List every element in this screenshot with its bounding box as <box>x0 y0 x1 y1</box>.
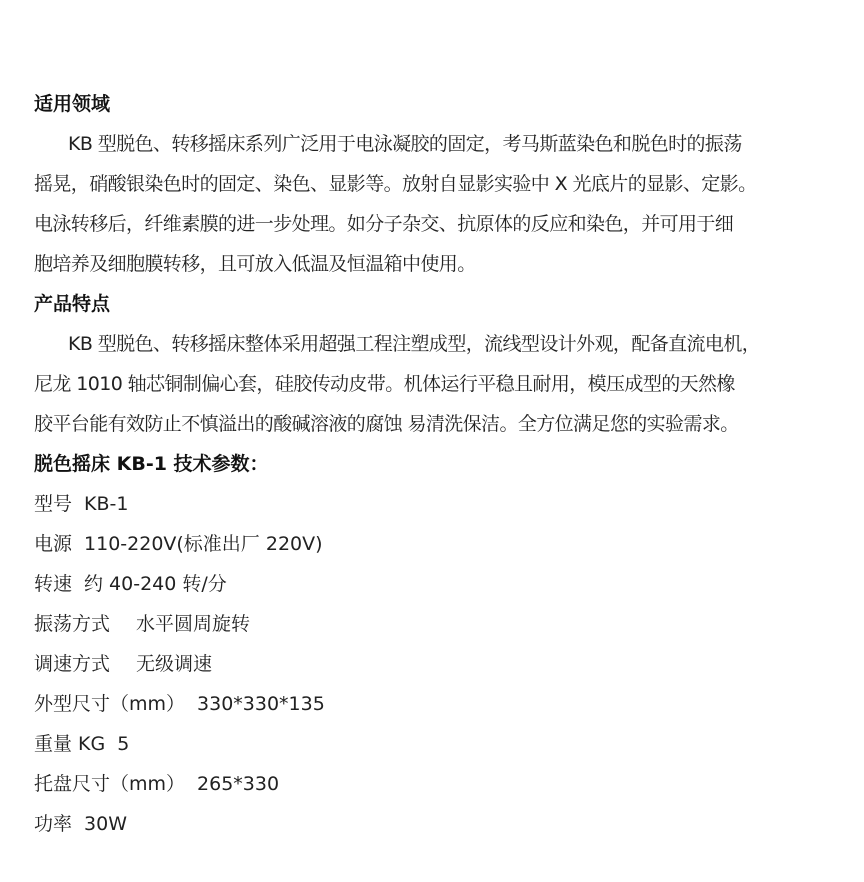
paragraph-line: 胶平台能有效防止不慎溢出的酸碱溶液的腐蚀 易清洗保洁。全方位满足您的实验需求。 <box>34 404 834 444</box>
spec-value: 无级调速 <box>136 644 212 684</box>
spec-list: 型号KB-1 电源110-220V(标准出厂 220V) 转速约 40-240 … <box>34 484 834 844</box>
spec-label: 型号 <box>34 484 72 524</box>
spec-label: 托盘尺寸（mm） <box>34 764 185 804</box>
section-heading-specs: 脱色摇床 KB-1 技术参数： <box>34 444 834 484</box>
spec-value: 水平圆周旋转 <box>136 604 250 644</box>
spec-row-speed-control: 调速方式无级调速 <box>34 644 834 684</box>
spec-label: 重量 KG <box>34 724 105 764</box>
spec-label: 功率 <box>34 804 72 844</box>
spec-value: 约 40-240 转/分 <box>84 564 227 604</box>
spec-value: KB-1 <box>84 484 128 524</box>
document-body: 适用领域 KB 型脱色、转移摇床系列广泛用于电泳凝胶的固定，考马斯蓝染色和脱色时… <box>34 84 834 844</box>
spec-value: 330*330*135 <box>197 684 325 724</box>
paragraph-line: 胞培养及细胞膜转移，且可放入低温及恒温箱中使用。 <box>34 244 834 284</box>
spec-row-tray-size: 托盘尺寸（mm）265*330 <box>34 764 834 804</box>
paragraph-line: 电泳转移后，纤维素膜的进一步处理。如分子杂交、抗原体的反应和染色，并可用于细 <box>34 204 834 244</box>
spec-row-speed: 转速约 40-240 转/分 <box>34 564 834 604</box>
paragraph-line: 摇晃，硝酸银染色时的固定、染色、显影等。放射自显影实验中 X 光底片的显影、定影… <box>34 164 834 204</box>
paragraph-line: KB 型脱色、转移摇床系列广泛用于电泳凝胶的固定，考马斯蓝染色和脱色时的振荡 <box>34 124 834 164</box>
section-heading-applications: 适用领域 <box>34 84 834 124</box>
spec-label: 调速方式 <box>34 644 110 684</box>
spec-value: 265*330 <box>197 764 279 804</box>
spec-row-dimensions: 外型尺寸（mm）330*330*135 <box>34 684 834 724</box>
applications-paragraph: KB 型脱色、转移摇床系列广泛用于电泳凝胶的固定，考马斯蓝染色和脱色时的振荡 摇… <box>34 124 834 284</box>
features-paragraph: KB 型脱色、转移摇床整体采用超强工程注塑成型，流线型设计外观，配备直流电机， … <box>34 324 834 444</box>
paragraph-line: KB 型脱色、转移摇床整体采用超强工程注塑成型，流线型设计外观，配备直流电机， <box>34 324 834 364</box>
paragraph-line: 尼龙 1010 轴芯铜制偏心套，硅胶传动皮带。机体运行平稳且耐用，模压成型的天然… <box>34 364 834 404</box>
spec-label: 电源 <box>34 524 72 564</box>
spec-row-weight: 重量 KG5 <box>34 724 834 764</box>
spec-row-power-supply: 电源110-220V(标准出厂 220V) <box>34 524 834 564</box>
spec-value: 30W <box>84 804 127 844</box>
spec-label: 振荡方式 <box>34 604 110 644</box>
spec-label: 外型尺寸（mm） <box>34 684 185 724</box>
spec-row-oscillation-mode: 振荡方式水平圆周旋转 <box>34 604 834 644</box>
spec-value: 5 <box>117 724 129 764</box>
section-heading-features: 产品特点 <box>34 284 834 324</box>
spec-label: 转速 <box>34 564 72 604</box>
spec-row-power: 功率30W <box>34 804 834 844</box>
spec-row-model: 型号KB-1 <box>34 484 834 524</box>
spec-value: 110-220V(标准出厂 220V) <box>84 524 323 564</box>
